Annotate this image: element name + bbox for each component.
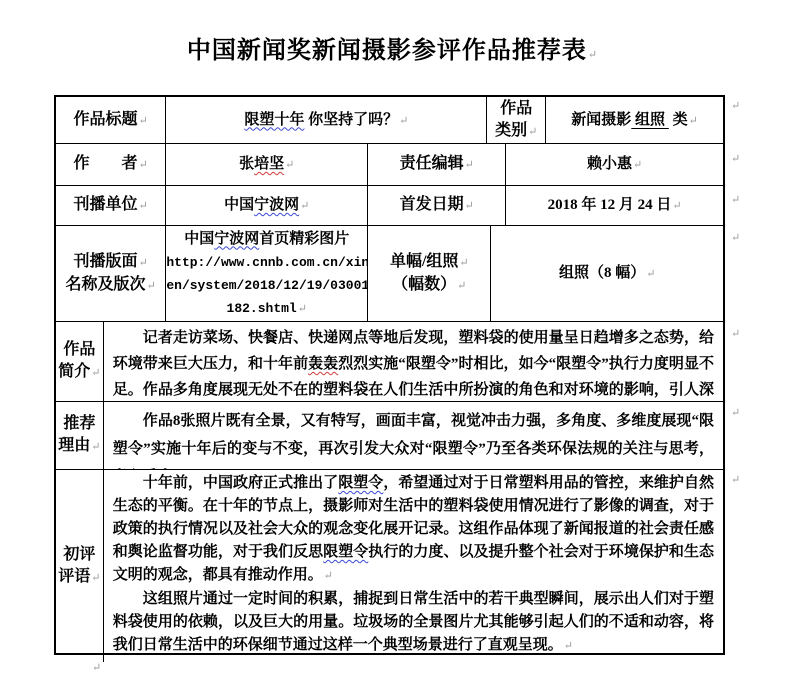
field-label-author: 作 者↵ (56, 144, 166, 185)
document-title: 中国新闻奖新闻摄影参评作品推荐表↵ (0, 30, 785, 65)
paragraph-mark: ↵ (731, 99, 740, 112)
paragraph-mark: ↵ (731, 152, 740, 165)
field-value-editor: 赖小惠↵ (506, 144, 723, 185)
paragraph-mark: ↵ (731, 231, 740, 244)
table-row: 刊播单位↵ 中国宁波网↵ 首发日期↵ 2018 年 12 月 24 日↵ (56, 186, 723, 226)
field-value-page-name-url: 中国宁波网首页精彩图片http://www.cnnb.com.cn/xinwen… (166, 226, 368, 321)
review-paragraph: 十年前，中国政府正式推出了限塑令，希望通过对于日常塑料用品的管控，来维护自然生态… (113, 472, 714, 588)
field-value-publisher: 中国宁波网↵ (166, 186, 368, 225)
field-value-work-title: 限塑十年 你坚持了吗？↵ (166, 97, 487, 143)
paragraph-mark: ↵ (731, 327, 740, 340)
word-document-page: 中国新闻奖新闻摄影参评作品推荐表↵ 作品标题↵ 限塑十年 你坚持了吗？↵ 作品类… (0, 0, 785, 693)
paragraph-mark: ↵ (731, 406, 740, 419)
table-row: 作 者↵ 张培坚↵ 责任编辑↵ 赖小惠↵ (56, 144, 723, 186)
field-label-preliminary-review-comments: 初评评语↵ (56, 470, 104, 662)
field-value-recommendation-reason: 作品8张照片既有全景，又有特写，画面丰富，视觉冲击力强，多角度、多维度展现“限塑… (104, 402, 723, 469)
field-label-recommendation-reason: 推荐理由↵ (56, 402, 104, 469)
paragraph-mark: ↵ (731, 193, 740, 206)
paragraph-mark: ↵ (731, 473, 740, 486)
paragraph-mark: ↵ (92, 661, 101, 674)
recommendation-table: 作品标题↵ 限塑十年 你坚持了吗？↵ 作品类别↵ 新闻摄影 组照 类↵ 作 者↵… (54, 95, 725, 655)
field-label-page-name: 刊播版面↵名称及版次↵ (56, 226, 166, 321)
field-value-work-summary: 记者走访菜场、快餐店、快递网点等地后发现，塑料袋的使用量呈日趋增多之态势，给环境… (104, 322, 723, 401)
field-label-publisher: 刊播单位↵ (56, 186, 166, 225)
field-value-author: 张培坚↵ (166, 144, 368, 185)
table-row: 作品简介↵ 记者走访菜场、快餐店、快递网点等地后发现，塑料袋的使用量呈日趋增多之… (56, 322, 723, 402)
field-label-work-title: 作品标题↵ (56, 97, 166, 143)
field-value-preliminary-review-comments: 十年前，中国政府正式推出了限塑令，希望通过对于日常塑料用品的管控，来维护自然生态… (104, 470, 723, 662)
table-row: 作品标题↵ 限塑十年 你坚持了吗？↵ 作品类别↵ 新闻摄影 组照 类↵ (56, 97, 723, 144)
field-label-work-summary: 作品简介↵ (56, 322, 104, 401)
field-label-editor: 责任编辑↵ (368, 144, 506, 185)
field-label-category: 作品类别↵ (487, 97, 546, 143)
field-value-first-publish-date: 2018 年 12 月 24 日↵ (506, 186, 723, 225)
field-label-single-or-group: 单幅/组照↵（幅数）↵ (368, 226, 491, 321)
field-value-category: 新闻摄影 组照 类↵ (546, 97, 723, 143)
review-paragraph: 这组照片通过一定时间的积累，捕捉到日常生活中的若干典型瞬间，展示出人们对于塑料袋… (113, 588, 714, 658)
table-row: 初评评语↵ 十年前，中国政府正式推出了限塑令，希望通过对于日常塑料用品的管控，来… (56, 470, 723, 662)
field-value-single-or-group: 组照（8 幅）↵ (491, 226, 723, 321)
table-row: 推荐理由↵ 作品8张照片既有全景，又有特写，画面丰富，视觉冲击力强，多角度、多维… (56, 402, 723, 470)
field-label-first-publish-date: 首发日期↵ (368, 186, 506, 225)
table-row: 刊播版面↵名称及版次↵ 中国宁波网首页精彩图片http://www.cnnb.c… (56, 226, 723, 322)
